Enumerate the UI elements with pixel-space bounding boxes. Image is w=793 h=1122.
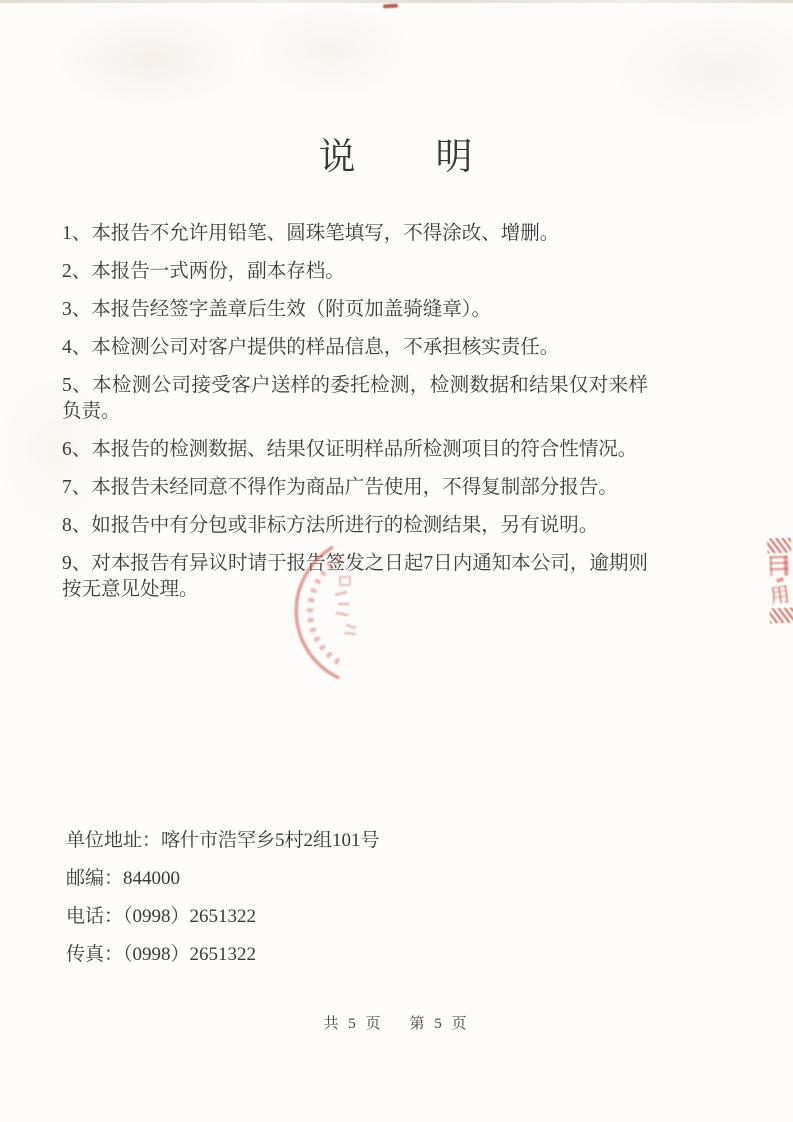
contact-block: 单位地址：喀什市浩罕乡5村2组101号 邮编：844000 电话：（0998）2… (66, 828, 566, 980)
note-item-8: 8、如报告中有分包或非标方法所进行的检测结果，另有说明。 (62, 513, 648, 539)
note-item-3: 3、本报告经签字盖章后生效（附页加盖骑缝章）。 (62, 297, 648, 323)
contact-phone-label: 电话： (66, 906, 123, 927)
contact-address: 单位地址：喀什市浩罕乡5村2组101号 (66, 828, 566, 854)
contact-phone-value: （0998）2651322 (123, 906, 256, 927)
note-item-9: 9、对本报告有异议时请于报告签发之日起7日内通知本公司，逾期则按无意见处理。 (62, 551, 648, 603)
edge-seal-tick (776, 577, 784, 583)
contact-fax-value: （0998）2651322 (123, 944, 256, 965)
red-ink-mark (383, 4, 398, 9)
edge-seal-stamp: 用 (765, 538, 793, 651)
page-title: 说 明 (0, 126, 793, 180)
note-item-6: 6、本报告的检测数据、结果仅证明样品所检测项目的符合性情况。 (62, 437, 648, 463)
contact-postcode: 邮编：844000 (66, 866, 566, 892)
note-item-5: 5、本检测公司接受客户送样的委托检测，检测数据和结果仅对来样负责。 (62, 373, 648, 425)
footer-current-page: 第 5 页 (410, 1012, 470, 1033)
scanned-report-page: 说 明 1、本报告不允许用铅笔、圆珠笔填写，不得涂改、增删。 2、本报告一式两份… (0, 0, 793, 1122)
edge-seal-glyph: 用 (766, 582, 793, 609)
page-footer: 共 5 页 第 5 页 (0, 1012, 793, 1033)
contact-fax-label: 传真： (66, 944, 123, 965)
note-item-2: 2、本报告一式两份，副本存档。 (62, 259, 648, 285)
note-item-1: 1、本报告不允许用铅笔、圆珠笔填写，不得涂改、增删。 (62, 221, 648, 247)
note-item-4: 4、本检测公司对客户提供的样品信息，不承担核实责任。 (62, 335, 648, 361)
scan-edge-line (0, 0, 793, 3)
contact-phone: 电话：（0998）2651322 (66, 904, 566, 930)
footer-total-pages: 共 5 页 (323, 1012, 383, 1033)
edge-seal-illegible-glyph (770, 556, 789, 577)
edge-seal-bottom-bar (769, 608, 793, 624)
contact-address-label: 单位地址： (66, 830, 161, 851)
contact-postcode-value: 844000 (123, 868, 180, 889)
edge-seal-top-bar (767, 538, 792, 554)
contact-postcode-label: 邮编： (66, 868, 123, 889)
note-item-7: 7、本报告未经同意不得作为商品广告使用，不得复制部分报告。 (62, 475, 648, 501)
contact-address-value: 喀什市浩罕乡5村2组101号 (161, 830, 380, 851)
notes-list: 1、本报告不允许用铅笔、圆珠笔填写，不得涂改、增删。 2、本报告一式两份，副本存… (62, 221, 648, 615)
contact-fax: 传真：（0998）2651322 (66, 942, 566, 968)
